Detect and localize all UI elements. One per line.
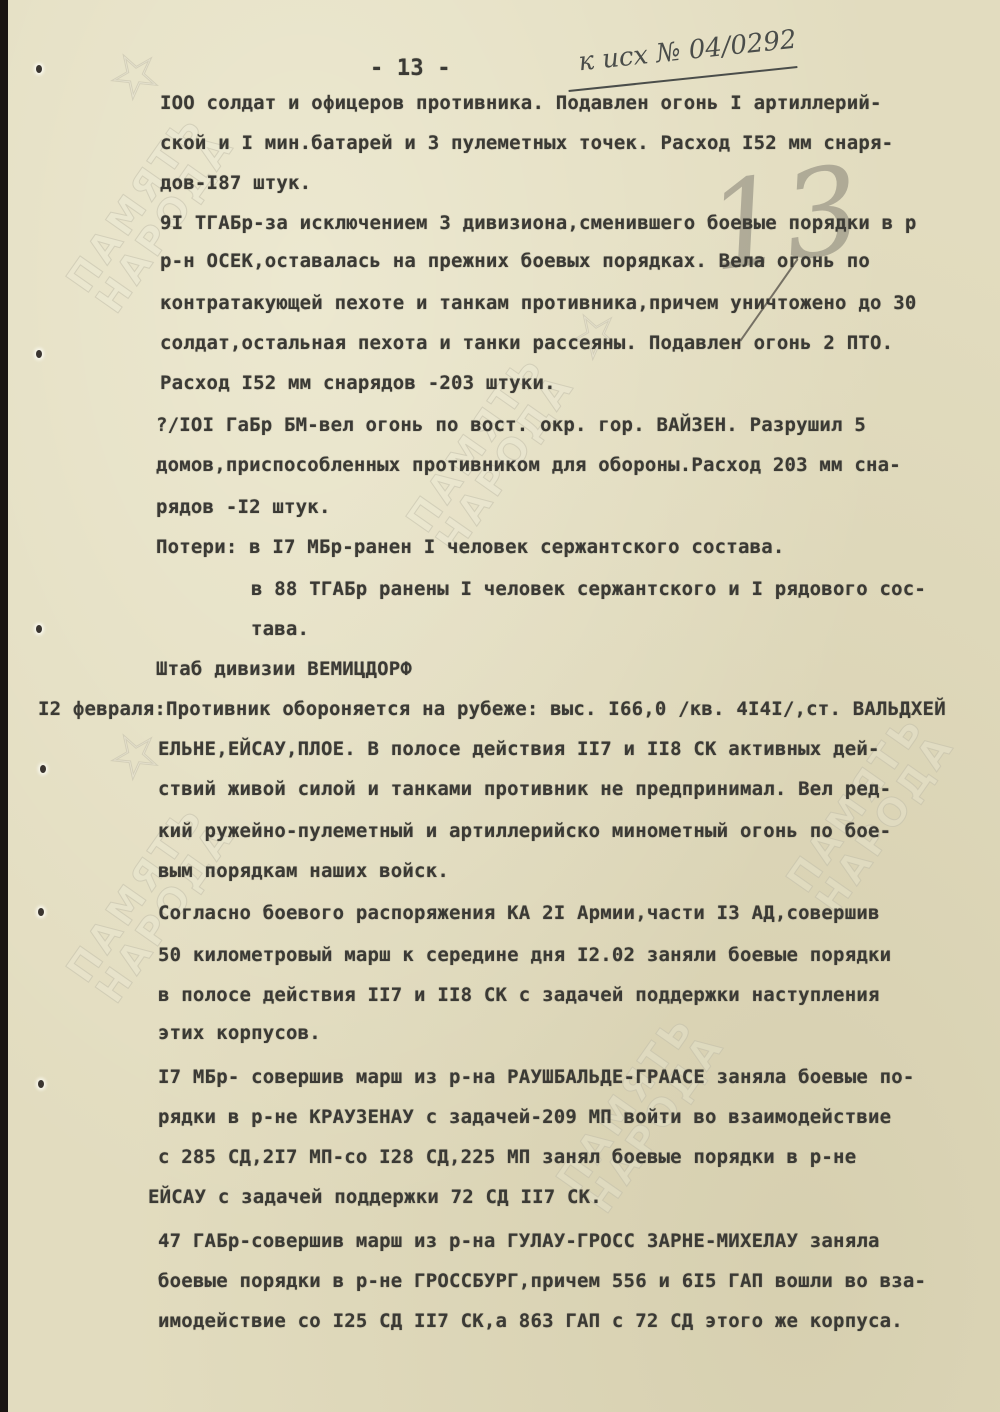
page-number: - 13 - bbox=[370, 56, 451, 81]
text-line: рядки в р-не КРАУЗЕНАУ с задачей-209 МП … bbox=[158, 1106, 891, 1128]
punch-hole bbox=[36, 350, 42, 358]
punch-hole bbox=[38, 908, 44, 916]
text-line: I7 МБр- совершив марш из р-на РАУШБАЛЬДЕ… bbox=[158, 1066, 915, 1088]
text-line: р-н ОСЕК,оставалась на прежних боевых по… bbox=[160, 250, 870, 272]
text-line: 47 ГАБр-совершив марш из р-на ГУЛАУ-ГРОС… bbox=[158, 1230, 880, 1252]
text-line: домов,приспособленных противником для об… bbox=[156, 454, 901, 476]
text-line: тава. bbox=[251, 618, 309, 640]
text-line: вым порядкам наших войск. bbox=[158, 860, 449, 882]
text-line: этих корпусов. bbox=[158, 1022, 321, 1044]
text-line: Согласно боевого распоряжения КА 2I Арми… bbox=[158, 902, 880, 924]
text-line: ской и I мин.батарей и 3 пулеметных точе… bbox=[160, 132, 893, 154]
text-line: ЕЙСАУ с задачей поддержки 72 СД II7 СК. bbox=[148, 1186, 602, 1208]
text-line: имодействие со I25 СД II7 СК,а 863 ГАП с… bbox=[158, 1310, 903, 1332]
text-line: в полосе действия II7 и II8 СК с задачей… bbox=[158, 984, 880, 1006]
document-page: ☆ ПАМЯТЬ НАРОДА ☆ ПАМЯТЬ НАРОДА ☆ ПАМЯТЬ… bbox=[8, 0, 1000, 1412]
text-line: дов-I87 штук. bbox=[160, 172, 311, 194]
text-line: солдат,остальная пехота и танки рассеяны… bbox=[160, 332, 893, 354]
punch-hole bbox=[38, 1080, 44, 1088]
text-line: ?/IOI ГаБр БМ-вел огонь по вост. окр. го… bbox=[156, 414, 866, 436]
text-line: Штаб дивизии ВЕМИЦДОРФ bbox=[156, 658, 412, 680]
text-line: Расход I52 мм снарядов -203 штуки. bbox=[160, 372, 556, 394]
punch-hole bbox=[40, 765, 46, 773]
text-line: боевые порядки в р-не ГРОССБУРГ,причем 5… bbox=[158, 1270, 926, 1292]
text-line: с 285 СД,2I7 МП-со I28 СД,225 МП занял б… bbox=[158, 1146, 856, 1168]
text-line: кий ружейно-пулеметный и артиллерийско м… bbox=[158, 820, 891, 842]
text-line: рядов -I2 штук. bbox=[156, 496, 331, 518]
text-line: Потери: в I7 МБр-ранен I человек сержант… bbox=[156, 536, 785, 558]
text-line: 50 километровый марш к середине дня I2.0… bbox=[158, 944, 891, 966]
text-line: ЕЛЬНЕ,ЕЙСАУ,ПЛОЕ. В полосе действия II7 … bbox=[158, 738, 880, 760]
punch-hole bbox=[36, 65, 42, 73]
text-line: ствий живой силой и танками противник не… bbox=[158, 778, 891, 800]
punch-hole bbox=[36, 625, 42, 633]
text-line: 9I ТГАБр-за исключением 3 дивизиона,смен… bbox=[160, 212, 917, 234]
text-line: в 88 ТГАБр ранены I человек сержантского… bbox=[251, 578, 926, 600]
text-line: I2 февраля:Противник обороняется на рубе… bbox=[38, 698, 946, 720]
text-line: IOO солдат и офицеров противника. Подавл… bbox=[160, 92, 882, 114]
text-line: контратакующей пехоте и танкам противник… bbox=[160, 292, 917, 314]
